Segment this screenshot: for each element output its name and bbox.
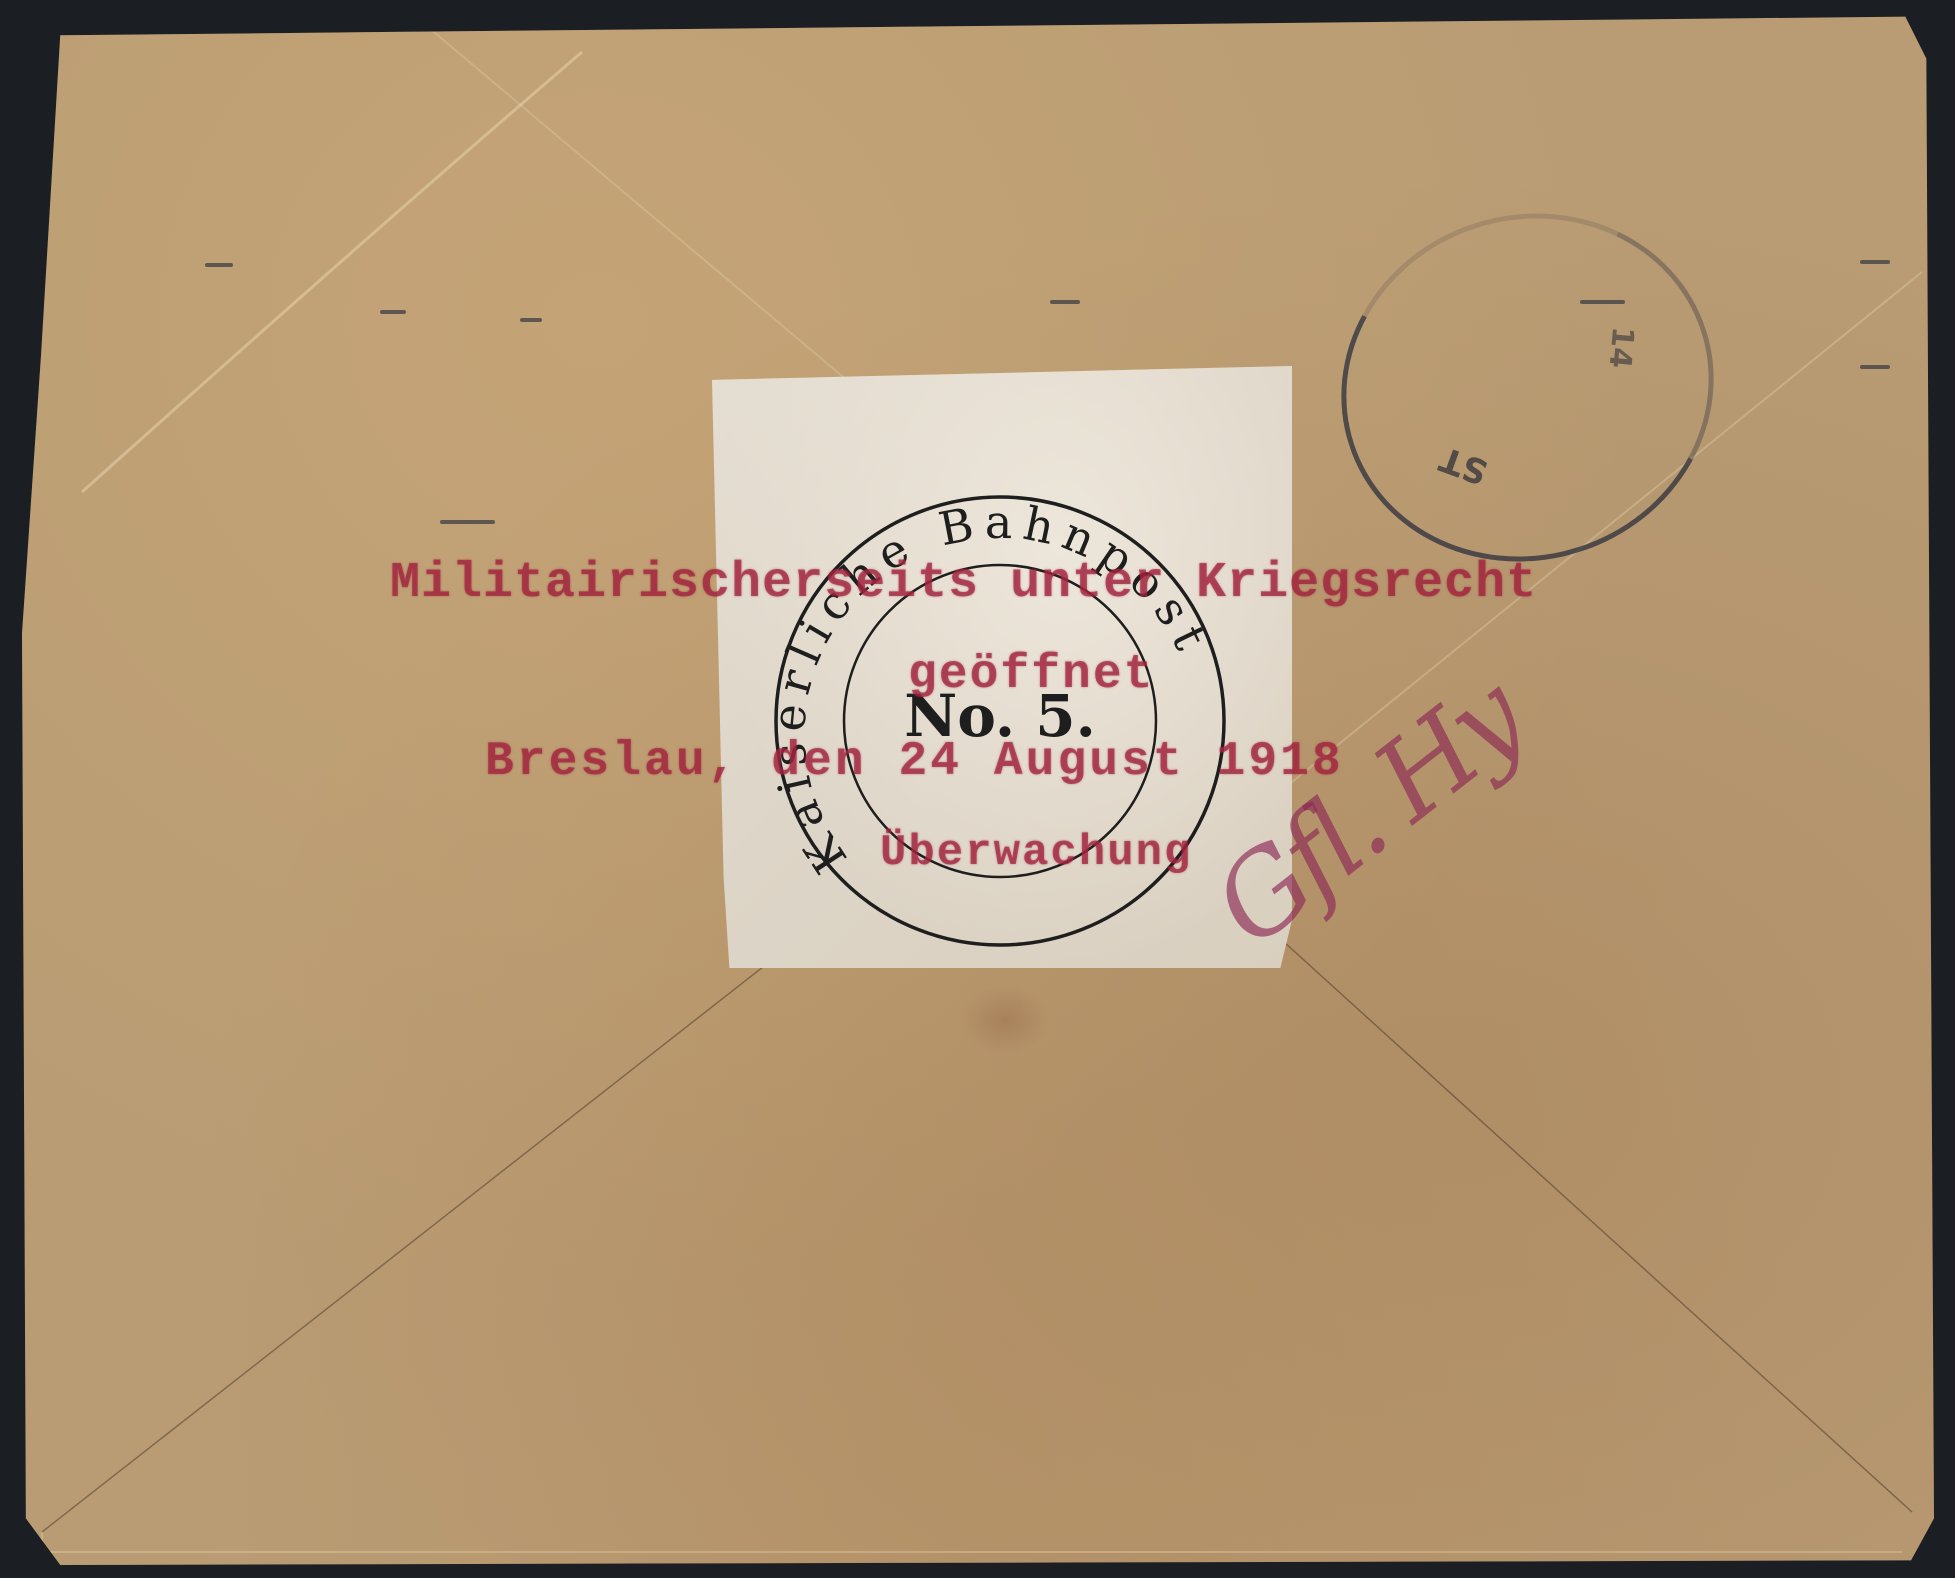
censor-line-1: Militairischerseits unter Kriegsrecht	[390, 555, 1537, 612]
postmark-digits: 14	[1602, 325, 1641, 370]
cancel-bar	[380, 310, 406, 314]
stain	[960, 985, 1050, 1055]
censor-line-3: Breslau, den 24 August 1918	[485, 735, 1344, 789]
cancel-bar	[205, 263, 233, 267]
cancel-bar	[520, 318, 542, 322]
cancel-bar	[1860, 365, 1890, 369]
censor-line-2: geöffnet	[908, 648, 1154, 702]
censor-line-4: Überwachung	[880, 828, 1192, 878]
cancel-bar	[1050, 300, 1080, 304]
cancel-bar	[440, 520, 495, 524]
cancel-bar	[1860, 260, 1890, 264]
